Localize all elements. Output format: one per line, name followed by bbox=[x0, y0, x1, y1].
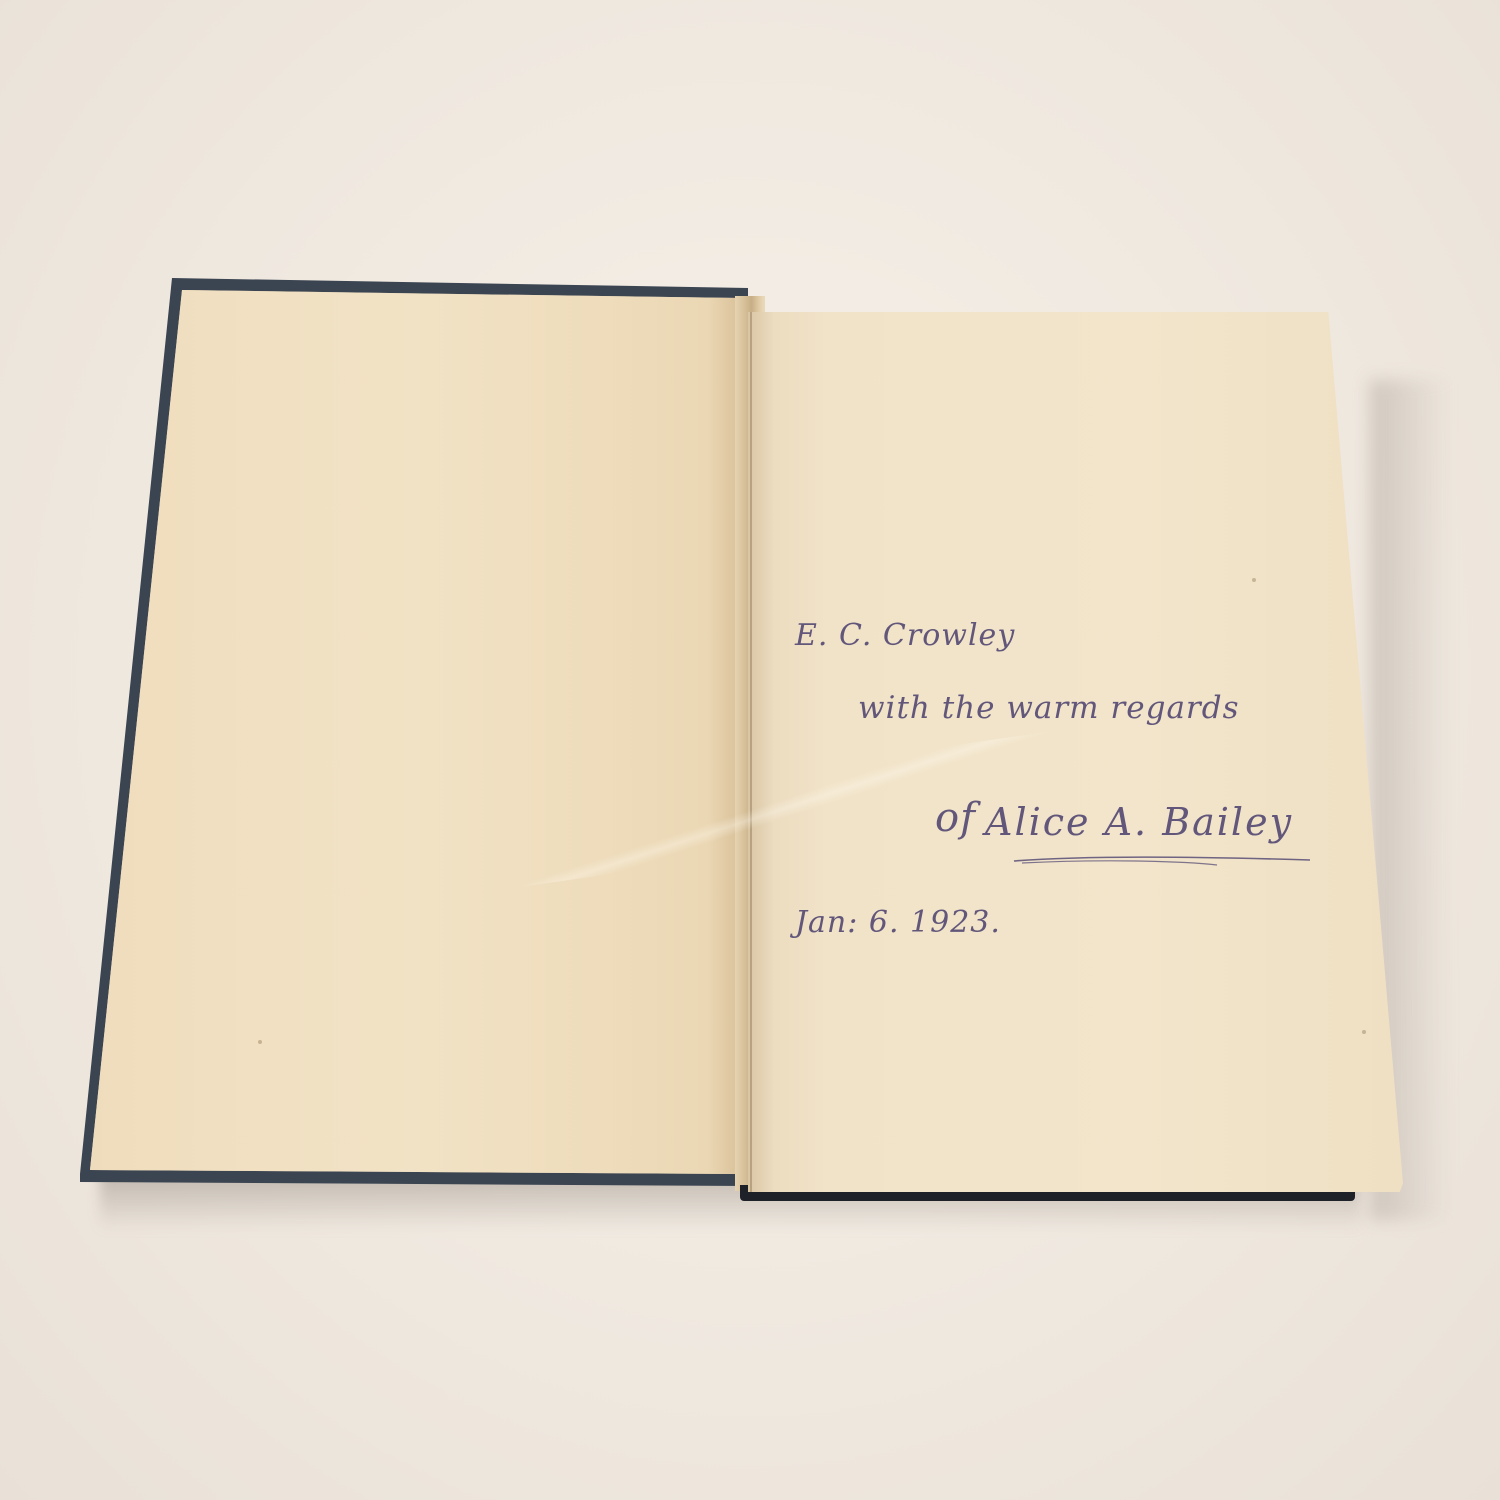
foxing-speck bbox=[1252, 578, 1256, 582]
gutter-crease bbox=[750, 312, 752, 1192]
right-endpaper bbox=[748, 312, 1403, 1192]
photo-scene: E. C. Crowley with the warm regards of A… bbox=[0, 0, 1500, 1500]
left-cover-board bbox=[80, 278, 748, 1186]
foxing-speck bbox=[258, 1040, 262, 1044]
foxing-speck bbox=[1362, 1030, 1366, 1034]
